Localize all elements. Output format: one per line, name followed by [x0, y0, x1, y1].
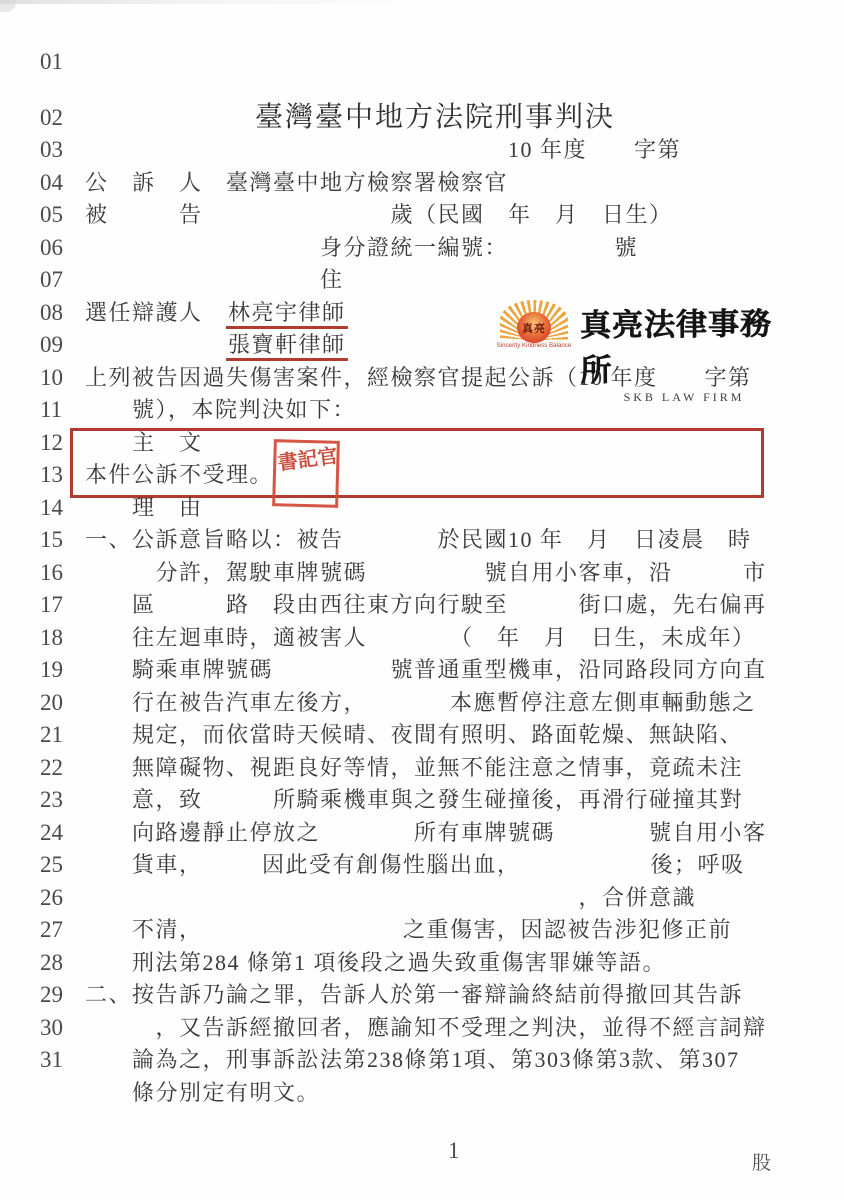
document-line: 13本件公訴不受理。	[0, 459, 844, 492]
text-segment: 騎乘車牌號碼 號普通重型機車，沿同路段同方向直	[85, 657, 767, 682]
document-line: 03 10 年度 字第	[0, 134, 844, 167]
document-line: 23 意，致 所騎乘機車與之發生碰撞後，再滑行碰撞其對	[0, 784, 844, 817]
text-segment: 理 由	[85, 495, 203, 520]
line-number: 16	[0, 557, 85, 590]
document-line: 20 行在被告汽車左後方， 本應暫停注意左側車輛動態之	[0, 687, 844, 720]
judgment-page: 0102臺灣臺中地方法院刑事判決03 10 年度 字第04公 訴 人 臺灣臺中地…	[0, 0, 844, 1200]
line-text: 住	[85, 264, 785, 297]
clerk-seal-stamp: 書記官	[272, 439, 340, 508]
line-text: 無障礙物、視距良好等情，並無不能注意之情事，竟疏未注	[85, 752, 785, 785]
line-number: 11	[0, 394, 85, 427]
line-text: 意，致 所騎乘機車與之發生碰撞後，再滑行碰撞其對	[85, 784, 785, 817]
document-line: 條分別定有明文。	[0, 1077, 844, 1110]
line-number: 28	[0, 947, 85, 980]
line-number: 26	[0, 882, 85, 915]
document-line: 15一、公訴意旨略以：被告 於民國10 年 月 日凌晨 時	[0, 524, 844, 557]
line-text: 被 告 歲（民國 年 月 日生）	[85, 199, 785, 232]
document-line: 31 論為之，刑事訴訟法第238條第1項、第303條第3款、第307	[0, 1044, 844, 1077]
text-segment: 身分證統一編號： 號	[85, 235, 638, 260]
text-segment: 被 告 歲（民國 年 月 日生）	[85, 202, 673, 227]
logo-wordmark: 真亮法律事務所 SKB LAW FIRM	[572, 297, 788, 363]
document-line: 05被 告 歲（民國 年 月 日生）	[0, 199, 844, 232]
line-number: 17	[0, 589, 85, 622]
line-number: 01	[0, 46, 85, 79]
document-line: 25 貨車， 因此受有創傷性腦出血， 後；呼吸	[0, 849, 844, 882]
document-line: 21 規定，而依當時天候晴、夜間有照明、路面乾燥、無缺陷、	[0, 719, 844, 752]
line-number: 10	[0, 362, 85, 395]
line-number: 05	[0, 199, 85, 232]
document-line: 27 不清， 之重傷害，因認被告涉犯修正前	[0, 914, 844, 947]
line-text: 刑法第284 條第1 項後段之過失致重傷害罪嫌等語。	[85, 947, 785, 980]
line-number: 24	[0, 817, 85, 850]
footer-section-label: 股	[752, 1148, 771, 1175]
law-firm-name-english: SKB LAW FIRM	[580, 390, 788, 405]
text-segment: 條分別定有明文。	[85, 1080, 320, 1105]
text-segment: 分許，駕駛車牌號碼 號自用小客車，沿 市	[85, 560, 767, 585]
line-text: 主 文	[85, 427, 785, 460]
text-segment: 選任辯護人	[85, 300, 226, 325]
text-segment: 一、公訴意旨略以：被告 於民國10 年 月 日凌晨 時	[85, 527, 752, 552]
line-text: 行在被告汽車左後方， 本應暫停注意左側車輛動態之	[85, 687, 785, 720]
text-segment: 公 訴 人 臺灣臺中地方檢察署檢察官	[85, 170, 508, 195]
line-text: 一、公訴意旨略以：被告 於民國10 年 月 日凌晨 時	[85, 524, 785, 557]
logo-tagline: Sincerity Kindness Balance	[490, 342, 578, 348]
document-line: 22 無障礙物、視距良好等情，並無不能注意之情事，竟疏未注	[0, 752, 844, 785]
line-number: 27	[0, 914, 85, 947]
line-text: 條分別定有明文。	[85, 1077, 785, 1110]
document-line: 12 主 文	[0, 427, 844, 460]
line-text: 分許，駕駛車牌號碼 號自用小客車，沿 市	[85, 557, 785, 590]
line-text: 10 年度 字第	[85, 134, 785, 167]
line-number: 08	[0, 297, 85, 330]
line-number: 21	[0, 719, 85, 752]
line-number: 15	[0, 524, 85, 557]
line-number: 25	[0, 849, 85, 882]
document-line: 18 往左迴車時，適被害人 （ 年 月 日生，未成年）	[0, 622, 844, 655]
line-number: 04	[0, 167, 85, 200]
law-firm-logo: 真亮 Sincerity Kindness Balance 真亮法律事務所 SK…	[496, 297, 788, 363]
text-segment: 10 年度 字第	[85, 137, 681, 162]
law-firm-name-chinese: 真亮法律事務所	[580, 298, 789, 390]
document-line: 29二、按告訴乃論之罪，告訴人於第一審辯論終結前得撤回其告訴	[0, 979, 844, 1012]
text-segment: 臺灣臺中地方法院刑事判決	[255, 102, 615, 133]
line-text: 公 訴 人 臺灣臺中地方檢察署檢察官	[85, 167, 785, 200]
line-number: 23	[0, 784, 85, 817]
document-line: 07 住	[0, 264, 844, 297]
line-number: 09	[0, 329, 85, 362]
line-text: 理 由	[85, 492, 785, 525]
text-segment: 規定，而依當時天候晴、夜間有照明、路面乾燥、無缺陷、	[85, 722, 743, 747]
text-segment: 刑法第284 條第1 項後段之過失致重傷害罪嫌等語。	[85, 950, 666, 975]
line-text: 不清， 之重傷害，因認被告涉犯修正前	[85, 914, 785, 947]
line-number: 30	[0, 1012, 85, 1045]
document-line: 02臺灣臺中地方法院刑事判決	[0, 102, 844, 135]
line-text: 臺灣臺中地方法院刑事判決	[85, 102, 785, 135]
text-segment: 意，致 所騎乘機車與之發生碰撞後，再滑行碰撞其對	[85, 787, 743, 812]
text-segment: 論為之，刑事訴訟法第238條第1項、第303條第3款、第307	[85, 1047, 740, 1072]
lawyer-name-underlined: 林亮宇律師	[226, 300, 348, 329]
document-line: 24 向路邊靜止停放之 所有車牌號碼 號自用小客	[0, 817, 844, 850]
lawyer-name-underlined: 張寶軒律師	[226, 332, 348, 361]
line-text: 騎乘車牌號碼 號普通重型機車，沿同路段同方向直	[85, 654, 785, 687]
text-segment: 無障礙物、視距良好等情，並無不能注意之情事，竟疏未注	[85, 755, 743, 780]
text-segment: 二、按告訴乃論之罪，告訴人於第一審辯論終結前得撤回其告訴	[85, 982, 743, 1007]
line-number: 06	[0, 232, 85, 265]
line-number: 22	[0, 752, 85, 785]
line-text: 貨車， 因此受有創傷性腦出血， 後；呼吸	[85, 849, 785, 882]
document-line: 16 分許，駕駛車牌號碼 號自用小客車，沿 市	[0, 557, 844, 590]
document-line: 06 身分證統一編號： 號	[0, 232, 844, 265]
rising-sun-icon: 真亮 Sincerity Kindness Balance	[496, 297, 572, 357]
line-text: 向路邊靜止停放之 所有車牌號碼 號自用小客	[85, 817, 785, 850]
line-number: 13	[0, 459, 85, 492]
document-lines: 0102臺灣臺中地方法院刑事判決03 10 年度 字第04公 訴 人 臺灣臺中地…	[0, 46, 844, 1109]
scan-edge-artifact	[0, 0, 844, 4]
line-text: 論為之，刑事訴訟法第238條第1項、第303條第3款、第307	[85, 1044, 785, 1077]
line-number: 31	[0, 1044, 85, 1077]
line-number	[0, 1077, 85, 1110]
line-number: 14	[0, 492, 85, 525]
sun-core-icon: 真亮	[517, 312, 551, 343]
text-segment: 本件公訴不受理。	[85, 462, 273, 487]
line-text: ，合併意識	[85, 882, 785, 915]
text-segment: 往左迴車時，適被害人 （ 年 月 日生，未成年）	[85, 625, 756, 650]
line-number: 03	[0, 134, 85, 167]
sun-core-text: 真亮	[522, 320, 546, 336]
line-number: 07	[0, 264, 85, 297]
line-text: 身分證統一編號： 號	[85, 232, 785, 265]
line-text: 區 路 段由西往東方向行駛至 街口處，先右偏再	[85, 589, 785, 622]
line-number: 18	[0, 622, 85, 655]
line-number: 20	[0, 687, 85, 720]
text-segment: 行在被告汽車左後方， 本應暫停注意左側車輛動態之	[85, 690, 756, 715]
document-line: 26 ，合併意識	[0, 882, 844, 915]
page-number: 1	[448, 1138, 460, 1164]
text-segment: 號），本院判決如下：	[85, 397, 356, 422]
text-segment: 住	[85, 267, 344, 292]
document-line: 30 ，又告訴經撤回者，應諭知不受理之判決，並得不經言詞辯	[0, 1012, 844, 1045]
scan-corner-artifact	[0, 0, 16, 12]
document-line: 04公 訴 人 臺灣臺中地方檢察署檢察官	[0, 167, 844, 200]
line-text	[85, 46, 785, 79]
text-segment	[85, 332, 226, 357]
line-number: 12	[0, 427, 85, 460]
document-line: 01	[0, 46, 844, 79]
line-number: 02	[0, 102, 85, 135]
text-segment: 向路邊靜止停放之 所有車牌號碼 號自用小客	[85, 820, 767, 845]
text-segment: 不清， 之重傷害，因認被告涉犯修正前	[85, 917, 732, 942]
text-segment: 主 文	[85, 430, 203, 455]
line-text: 本件公訴不受理。	[85, 459, 785, 492]
text-segment: 貨車， 因此受有創傷性腦出血， 後；呼吸	[85, 852, 745, 877]
line-text: 往左迴車時，適被害人 （ 年 月 日生，未成年）	[85, 622, 785, 655]
line-text: 二、按告訴乃論之罪，告訴人於第一審辯論終結前得撤回其告訴	[85, 979, 785, 1012]
document-line: 19 騎乘車牌號碼 號普通重型機車，沿同路段同方向直	[0, 654, 844, 687]
text-segment: ，又告訴經撤回者，應諭知不受理之判決，並得不經言詞辯	[85, 1015, 767, 1040]
line-number: 29	[0, 979, 85, 1012]
line-number: 19	[0, 654, 85, 687]
document-line: 14 理 由	[0, 492, 844, 525]
text-segment: ，合併意識	[85, 885, 696, 910]
line-text: ，又告訴經撤回者，應諭知不受理之判決，並得不經言詞辯	[85, 1012, 785, 1045]
clerk-seal-text: 書記官	[271, 439, 344, 477]
line-text: 規定，而依當時天候晴、夜間有照明、路面乾燥、無缺陷、	[85, 719, 785, 752]
document-line: 28 刑法第284 條第1 項後段之過失致重傷害罪嫌等語。	[0, 947, 844, 980]
text-segment: 區 路 段由西往東方向行駛至 街口處，先右偏再	[85, 592, 767, 617]
document-line: 17 區 路 段由西往東方向行駛至 街口處，先右偏再	[0, 589, 844, 622]
